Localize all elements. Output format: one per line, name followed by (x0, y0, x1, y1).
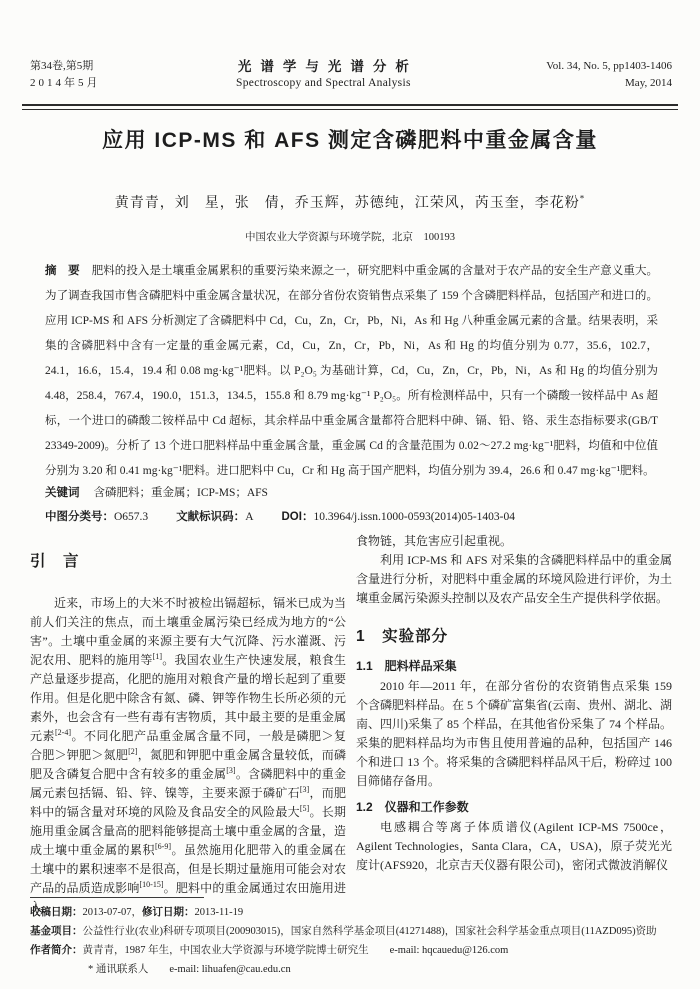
footnote-block: 收稿日期：2013-07-07，修订日期：2013-11-19 基金项目：公益性… (30, 897, 674, 979)
footnote-corresponding: * 通讯联系人 e-mail: lihuafen@cau.edu.cn (30, 960, 674, 979)
received-label: 收稿日期： (30, 906, 83, 918)
issue-date-cn: 2014年5月 (30, 75, 101, 92)
footnote-funding: 基金项目：公益性行业(农业)科研专项项目(200903015)，国家自然科学基金… (30, 922, 674, 941)
left-column: 引 言 近来，市场上的大米不时被检出镉超标，镉米已成为当前人们关注的焦点，而土壤… (30, 549, 346, 917)
keywords-line: 关键词含磷肥料；重金属；ICP-MS；AFS (45, 484, 658, 500)
author-list: 黄青青，刘 星，张 倩，乔玉辉，苏德纯，江荣风，芮玉奎，李花粉* (0, 192, 700, 212)
classification-line: 中图分类号：O657.3文献标识码：ADOI：10.3964/j.issn.10… (45, 508, 658, 524)
corresponding-text: * 通讯联系人 e-mail: lihuafen@cau.edu.cn (88, 964, 291, 975)
revised-label: 修订日期： (142, 906, 195, 918)
doi-label: DOI： (282, 511, 314, 523)
keywords-label: 关键词 (45, 487, 80, 499)
author-names: 黄青青，刘 星，张 倩，乔玉辉，苏德纯，江荣风，芮玉奎，李花粉 (115, 196, 580, 211)
section-1-2-heading: 1.2 仪器和工作参数 (356, 798, 672, 815)
doc-code-label: 文献标识码： (176, 511, 245, 523)
intro-paragraph: 近来，市场上的大米不时被检出镉超标，镉米已成为当前人们关注的焦点，而土壤重金属污… (30, 594, 346, 917)
intro-heading: 引 言 (30, 549, 346, 571)
funding-text: 公益性行业(农业)科研专项项目(200903015)，国家自然科学基金项目(41… (83, 926, 657, 937)
header-vol-en-block: Vol. 34, No. 5, pp1403-1406 May, 2014 (546, 58, 672, 92)
footnote-dates: 收稿日期：2013-07-07，修订日期：2013-11-19 (30, 903, 674, 922)
continuation-paragraph: 食物链，其危害应引起重视。 (356, 532, 672, 551)
abstract-paragraph: 摘 要肥料的投入是土壤重金属累积的重要污染来源之一，研究肥料中重金属的含量对于农… (45, 259, 658, 484)
paper-title: 应用 ICP-MS 和 AFS 测定含磷肥料中重金属含量 (0, 124, 700, 154)
section-1-heading: 1 实验部分 (356, 624, 672, 646)
revised-date: 2013-11-19 (195, 907, 244, 918)
clc-label: 中图分类号： (45, 511, 114, 523)
doi-value: 10.3964/j.issn.1000-0593(2014)05-1403-04 (313, 511, 515, 523)
journal-title-cn: 光谱学与光谱分析 (229, 58, 418, 75)
aim-paragraph: 利用 ICP-MS 和 AFS 对采集的含磷肥料样品中的重金属含量进行分析，对肥… (356, 551, 672, 608)
section-1-1-paragraph: 2010 年—2011 年，在部分省份的农资销售点采集 159 个含磷肥料样品。… (356, 677, 672, 791)
header-divider (22, 104, 678, 110)
received-date: 2013-07-07， (83, 907, 143, 918)
volume-issue: 第34卷,第5期 (30, 58, 101, 75)
corresponding-author-mark: * (580, 193, 586, 203)
section-1-1-heading: 1.1 肥料样品采集 (356, 657, 672, 674)
affiliation: 中国农业大学资源与环境学院，北京 100193 (0, 229, 700, 244)
doc-code-value: A (245, 511, 253, 523)
header-volume-block: 第34卷,第5期 2014年5月 (30, 58, 101, 92)
issue-date-en: May, 2014 (546, 75, 672, 92)
abstract-label: 摘 要 (45, 265, 80, 277)
journal-header: 第34卷,第5期 2014年5月 光谱学与光谱分析 Spectroscopy a… (30, 58, 672, 92)
journal-title-en: Spectroscopy and Spectral Analysis (229, 75, 418, 92)
footnote-biography: 作者简介：黄青青，1987 年生，中国农业大学资源与环境学院博士研究生 e-ma… (30, 941, 674, 960)
funding-label: 基金项目： (30, 925, 83, 937)
abstract-text: 肥料的投入是土壤重金属累积的重要污染来源之一，研究肥料中重金属的含量对于农产品的… (45, 265, 658, 477)
paper-page: 第34卷,第5期 2014年5月 光谱学与光谱分析 Spectroscopy a… (0, 0, 700, 989)
footnote-divider (30, 897, 204, 898)
section-1-2-paragraph: 电感耦合等离子体质谱仪(Agilent ICP-MS 7500ce，Agilen… (356, 818, 672, 875)
clc-value: O657.3 (114, 511, 148, 523)
keywords-text: 含磷肥料；重金属；ICP-MS；AFS (94, 487, 268, 499)
biography-text: 黄青青，1987 年生，中国农业大学资源与环境学院博士研究生 e-mail: h… (83, 945, 509, 956)
biography-label: 作者简介： (30, 944, 83, 956)
right-column: 食物链，其危害应引起重视。 利用 ICP-MS 和 AFS 对采集的含磷肥料样品… (356, 532, 672, 875)
volume-pages-en: Vol. 34, No. 5, pp1403-1406 (546, 58, 672, 75)
journal-title-block: 光谱学与光谱分析 Spectroscopy and Spectral Analy… (229, 58, 418, 92)
